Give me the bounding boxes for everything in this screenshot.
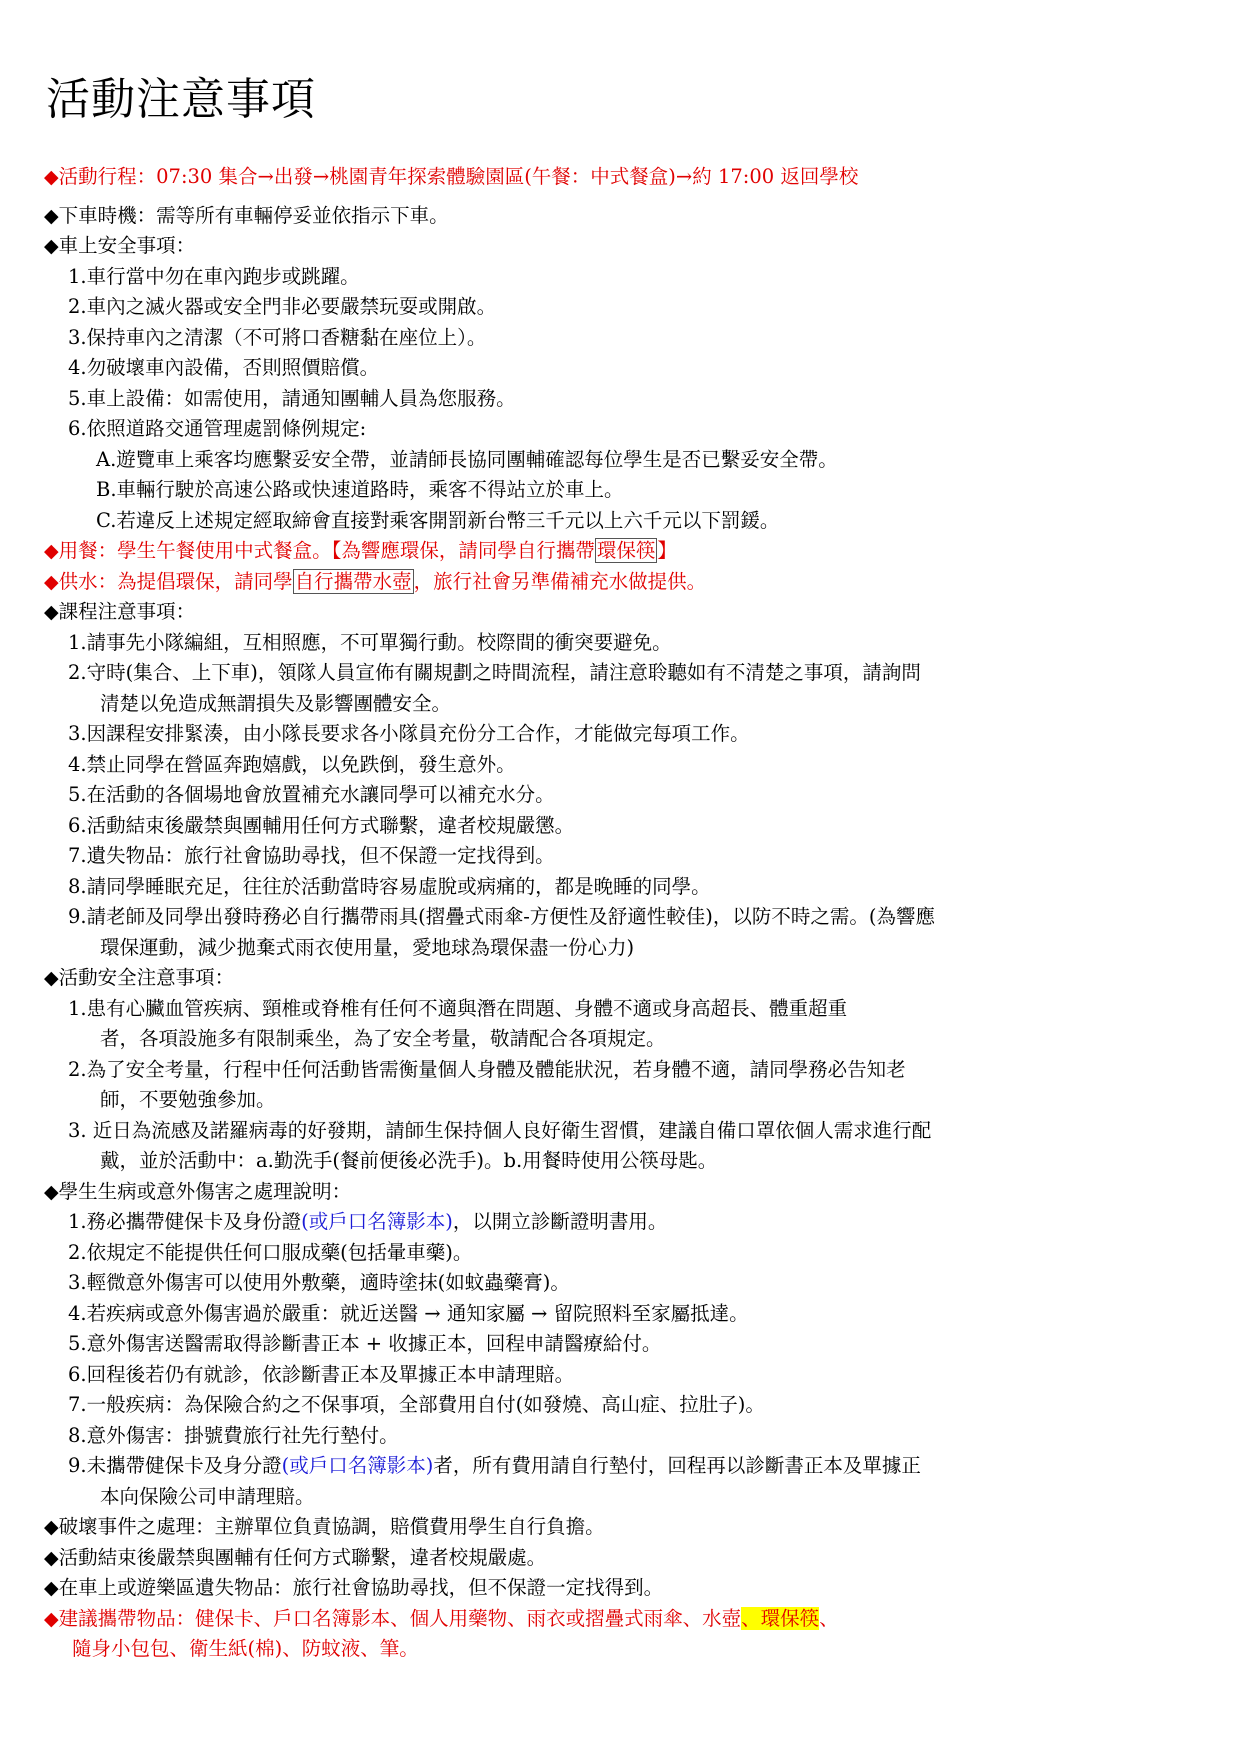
- heading-text: 車上安全事項：: [59, 234, 196, 257]
- list-item: 4.若疾病或意外傷害過於嚴重：就近送醫 → 通知家屬 → 留院照料至家屬抵達。: [44, 1299, 1204, 1330]
- list-item: 6.回程後若仍有就診，依診斷書正本及單據正本申請理賠。: [44, 1360, 1204, 1391]
- list-item: 2.為了安全考量，行程中任何活動皆需衡量個人身體及體能狀況，若身體不適，請同學務…: [44, 1055, 1204, 1086]
- diamond-bullet-icon: ◆: [44, 967, 59, 989]
- boxed-chopsticks: 環保筷: [595, 538, 658, 563]
- bring-items-line: ◆建議攜帶物品：健保卡、戶口名簿影本、個人用藥物、雨衣或摺疊式雨傘、水壺、環保筷…: [44, 1604, 1204, 1635]
- list-item-continuation: 本向保險公司申請理賠。: [44, 1482, 1204, 1513]
- meal-line: ◆用餐：學生午餐使用中式餐盒。【為響應環保，請同學自行攜帶環保筷】: [44, 536, 1204, 567]
- bring-items-text: 建議攜帶物品：健保卡、戶口名簿影本、個人用藥物、雨衣或摺疊式雨傘、水壺: [59, 1607, 742, 1630]
- list-item: 6.活動結束後嚴禁與團輔用任何方式聯繫，違者校規嚴懲。: [44, 811, 1204, 842]
- item-text: 1.務必攜帶健保卡及身份證: [68, 1210, 301, 1233]
- list-item-continuation: 者，各項設施多有限制乘坐，為了安全考量，敬請配合各項規定。: [44, 1024, 1204, 1055]
- heading-text: 學生生病或意外傷害之處理說明：: [59, 1180, 352, 1203]
- illness-heading: ◆學生生病或意外傷害之處理說明：: [44, 1177, 1204, 1208]
- diamond-bullet-icon: ◆: [44, 1516, 59, 1538]
- heading-text: 活動安全注意事項：: [59, 966, 235, 989]
- item-text: 9.未攜帶健保卡及身分證: [68, 1454, 282, 1477]
- list-item: 8.請同學睡眠充足，往往於活動當時容易虛脫或病痛的，都是晚睡的同學。: [44, 872, 1204, 903]
- list-item: 3.保持車內之清潔（不可將口香糖黏在座位上）。: [44, 323, 1204, 354]
- diamond-bullet-icon: ◆: [44, 571, 59, 593]
- water-end: ，旅行社會另準備補充水做提供。: [414, 570, 707, 593]
- household-register-note: (或戶口名簿影本): [301, 1210, 453, 1233]
- list-item: 1.車行當中勿在車內跑步或跳躍。: [44, 262, 1204, 293]
- list-item: 5.意外傷害送醫需取得診斷書正本 + 收據正本，回程申請醫療給付。: [44, 1329, 1204, 1360]
- sub-list-item: B.車輛行駛於高速公路或快速道路時，乘客不得站立於車上。: [44, 475, 1204, 506]
- list-item: 2.車內之滅火器或安全門非必要嚴禁玩耍或開啟。: [44, 292, 1204, 323]
- list-item-continuation: 清楚以免造成無謂損失及影響團體安全。: [44, 689, 1204, 720]
- diamond-bullet-icon: ◆: [44, 540, 59, 562]
- meal-text: 用餐：學生午餐使用中式餐盒。【為響應環保，請同學自行攜帶: [59, 539, 595, 562]
- list-item: 1.請事先小隊編組，互相照應，不可單獨行動。校際間的衝突要避免。: [44, 628, 1204, 659]
- diamond-bullet-icon: ◆: [44, 235, 59, 257]
- sub-list-item: C.若違反上述規定經取締會直接對乘客開罰新台幣三千元以上六千元以下罰鍰。: [44, 506, 1204, 537]
- list-item: 4.禁止同學在營區奔跑嬉戲，以免跌倒，發生意外。: [44, 750, 1204, 781]
- list-item: 7.一般疾病：為保險合約之不保事項，全部費用自付(如發燒、高山症、拉肚子)。: [44, 1390, 1204, 1421]
- diamond-bullet-icon: ◆: [44, 1577, 59, 1599]
- list-item: 3.因課程安排緊湊，由小隊長要求各小隊員充份分工合作，才能做完每項工作。: [44, 719, 1204, 750]
- alighting-line: ◆下車時機：需等所有車輛停妥並依指示下車。: [44, 201, 1204, 232]
- list-item: 4.勿破壞車內設備，否則照價賠償。: [44, 353, 1204, 384]
- diamond-bullet-icon: ◆: [44, 1181, 59, 1203]
- lost-items-line: ◆在車上或遊樂區遺失物品：旅行社會協助尋找，但不保證一定找得到。: [44, 1573, 1204, 1604]
- list-item: 5.在活動的各個場地會放置補充水讓同學可以補充水分。: [44, 780, 1204, 811]
- list-item: 3. 近日為流感及諾羅病毒的好發期，請師生保持個人良好衛生習慣，建議自備口罩依個…: [44, 1116, 1204, 1147]
- damage-text: 破壞事件之處理：主辦單位負責協調，賠償費用學生自行負擔。: [59, 1515, 605, 1538]
- list-item: 3.輕微意外傷害可以使用外敷藥，適時塗抹(如蚊蟲藥膏)。: [44, 1268, 1204, 1299]
- list-item: 9.未攜帶健保卡及身分證(或戶口名簿影本)者，所有費用請自行墊付，回程再以診斷書…: [44, 1451, 1204, 1482]
- activity-safety-heading: ◆活動安全注意事項：: [44, 963, 1204, 994]
- bring-items-line-2: 隨身小包包、衛生紙(棉)、防蚊液、筆。: [44, 1634, 1204, 1665]
- diamond-bullet-icon: ◆: [44, 166, 59, 188]
- itinerary-line: ◆活動行程：07:30 集合→出發→桃園青年探索體驗園區(午餐：中式餐盒)→約 …: [44, 162, 1204, 193]
- diamond-bullet-icon: ◆: [44, 1547, 59, 1569]
- list-item: 1.務必攜帶健保卡及身份證(或戶口名簿影本)，以開立診斷證明書用。: [44, 1207, 1204, 1238]
- bus-safety-heading: ◆車上安全事項：: [44, 231, 1204, 262]
- no-contact-line: ◆活動結束後嚴禁與團輔有任何方式聯繫，違者校規嚴處。: [44, 1543, 1204, 1574]
- list-item: 2.守時(集合、上下車)，領隊人員宣佈有關規劃之時間流程，請注意聆聽如有不清楚之…: [44, 658, 1204, 689]
- page-title: 活動注意事項: [46, 70, 316, 130]
- water-line: ◆供水：為提倡環保，請同學自行攜帶水壺，旅行社會另準備補充水做提供。: [44, 567, 1204, 598]
- boxed-water-bottle: 自行攜帶水壺: [293, 569, 414, 594]
- diamond-bullet-icon: ◆: [44, 1608, 59, 1630]
- list-item: 5.車上設備：如需使用，請通知團輔人員為您服務。: [44, 384, 1204, 415]
- diamond-bullet-icon: ◆: [44, 601, 59, 623]
- sub-list-item: A.遊覽車上乘客均應繫妥安全帶，並請師長協同團輔確認每位學生是否已繫妥安全帶。: [44, 445, 1204, 476]
- list-item-continuation: 戴，並於活動中：a.勤洗手(餐前便後必洗手)。b.用餐時使用公筷母匙。: [44, 1146, 1204, 1177]
- item-text: 者，所有費用請自行墊付，回程再以診斷書正本及單據正: [433, 1454, 921, 1477]
- no-contact-text: 活動結束後嚴禁與團輔有任何方式聯繫，違者校規嚴處。: [59, 1546, 547, 1569]
- water-text: 供水：為提倡環保，請同學: [59, 570, 293, 593]
- heading-text: 課程注意事項：: [59, 600, 196, 623]
- list-item-continuation: 環保運動，減少拋棄式雨衣使用量，愛地球為環保盡一份心力): [44, 933, 1204, 964]
- household-register-note: (或戶口名簿影本): [282, 1454, 434, 1477]
- itinerary-text: 活動行程：07:30 集合→出發→桃園青年探索體驗園區(午餐：中式餐盒)→約 1…: [59, 165, 859, 188]
- alighting-text: 下車時機：需等所有車輛停妥並依指示下車。: [59, 204, 449, 227]
- item-text: ，以開立診斷證明書用。: [453, 1210, 668, 1233]
- list-item: 6.依照道路交通管理處罰條例規定:: [44, 414, 1204, 445]
- meal-end: 】: [657, 539, 677, 562]
- course-heading: ◆課程注意事項：: [44, 597, 1204, 628]
- list-item: 1.患有心臟血管疾病、頸椎或脊椎有任何不適與潛在問題、身體不適或身高超長、體重超…: [44, 994, 1204, 1025]
- list-item-continuation: 師，不要勉強參加。: [44, 1085, 1204, 1116]
- lost-items-text: 在車上或遊樂區遺失物品：旅行社會協助尋找，但不保證一定找得到。: [59, 1576, 664, 1599]
- list-item: 8.意外傷害：掛號費旅行社先行墊付。: [44, 1421, 1204, 1452]
- bring-items-end: 、: [819, 1607, 839, 1630]
- highlighted-chopsticks: 、環保筷: [741, 1607, 819, 1630]
- list-item: 2.依規定不能提供任何口服成藥(包括暈車藥)。: [44, 1238, 1204, 1269]
- list-item: 7.遺失物品：旅行社會協助尋找，但不保證一定找得到。: [44, 841, 1204, 872]
- list-item: 9.請老師及同學出發時務必自行攜帶雨具(摺疊式雨傘-方便性及舒適性較佳)，以防不…: [44, 902, 1204, 933]
- document-body: ◆活動行程：07:30 集合→出發→桃園青年探索體驗園區(午餐：中式餐盒)→約 …: [44, 162, 1204, 1665]
- diamond-bullet-icon: ◆: [44, 205, 59, 227]
- damage-line: ◆破壞事件之處理：主辦單位負責協調，賠償費用學生自行負擔。: [44, 1512, 1204, 1543]
